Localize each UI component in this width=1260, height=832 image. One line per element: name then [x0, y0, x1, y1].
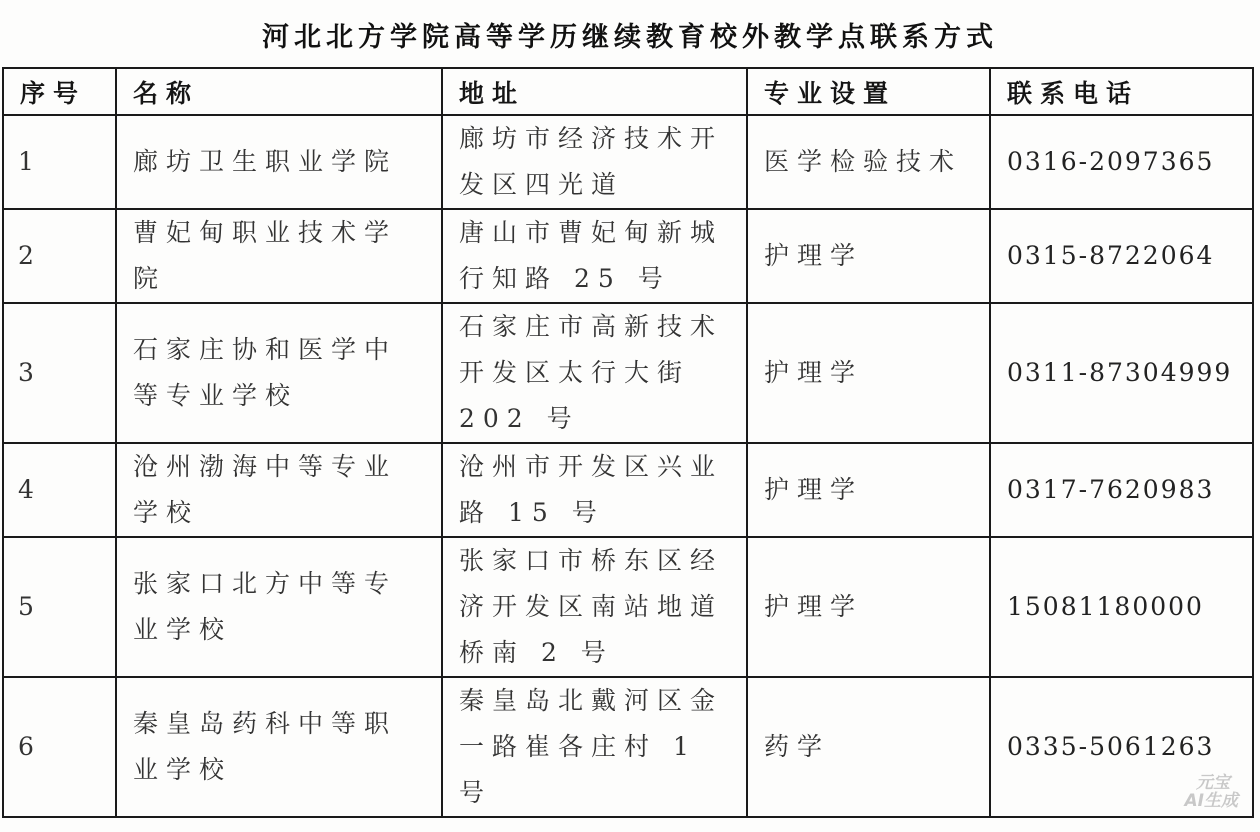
- cell-address: 沧州市开发区兴业路 15 号: [442, 443, 747, 537]
- cell-major: 医学检验技术: [747, 115, 990, 209]
- header-phone: 联系电话: [990, 68, 1253, 115]
- cell-name: 秦皇岛药科中等职业学校: [116, 677, 442, 817]
- cell-no: 3: [3, 303, 116, 443]
- header-name: 名称: [116, 68, 442, 115]
- cell-no: 5: [3, 537, 116, 677]
- ai-generated-watermark: 元宝 AI生成: [1185, 774, 1238, 810]
- cell-major: 护理学: [747, 443, 990, 537]
- cell-name: 廊坊卫生职业学院: [116, 115, 442, 209]
- watermark-line1: 元宝: [1185, 774, 1238, 792]
- cell-name: 张家口北方中等专业学校: [116, 537, 442, 677]
- document-title: 河北北方学院高等学历继续教育校外教学点联系方式: [0, 18, 1260, 58]
- cell-phone: 0317-7620983: [990, 443, 1253, 537]
- cell-major: 护理学: [747, 209, 990, 303]
- cell-address: 石家庄市高新技术开发区太行大街 202 号: [442, 303, 747, 443]
- cell-address: 张家口市桥东区经济开发区南站地道桥南 2 号: [442, 537, 747, 677]
- cell-name: 曹妃甸职业技术学院: [116, 209, 442, 303]
- table-row: 6 秦皇岛药科中等职业学校 秦皇岛北戴河区金一路崔各庄村 1 号 药学 0335…: [3, 677, 1253, 817]
- cell-name: 沧州渤海中等专业学校: [116, 443, 442, 537]
- table-row: 2 曹妃甸职业技术学院 唐山市曹妃甸新城行知路 25 号 护理学 0315-87…: [3, 209, 1253, 303]
- cell-address: 廊坊市经济技术开发区四光道: [442, 115, 747, 209]
- cell-address: 唐山市曹妃甸新城行知路 25 号: [442, 209, 747, 303]
- cell-no: 4: [3, 443, 116, 537]
- cell-name: 石家庄协和医学中等专业学校: [116, 303, 442, 443]
- table-row: 5 张家口北方中等专业学校 张家口市桥东区经济开发区南站地道桥南 2 号 护理学…: [3, 537, 1253, 677]
- cell-major: 护理学: [747, 537, 990, 677]
- header-address: 地址: [442, 68, 747, 115]
- table-row: 1 廊坊卫生职业学院 廊坊市经济技术开发区四光道 医学检验技术 0316-209…: [3, 115, 1253, 209]
- cell-no: 6: [3, 677, 116, 817]
- table-header-row: 序号 名称 地址 专业设置 联系电话: [3, 68, 1253, 115]
- cell-phone: 0315-8722064: [990, 209, 1253, 303]
- header-major: 专业设置: [747, 68, 990, 115]
- watermark-line2: AI生成: [1185, 792, 1238, 810]
- cell-phone: 0316-2097365: [990, 115, 1253, 209]
- contacts-table: 序号 名称 地址 专业设置 联系电话 1 廊坊卫生职业学院 廊坊市经济技术开发区…: [2, 67, 1254, 818]
- table-row: 3 石家庄协和医学中等专业学校 石家庄市高新技术开发区太行大街 202 号 护理…: [3, 303, 1253, 443]
- cell-no: 1: [3, 115, 116, 209]
- table-row: 4 沧州渤海中等专业学校 沧州市开发区兴业路 15 号 护理学 0317-762…: [3, 443, 1253, 537]
- cell-address: 秦皇岛北戴河区金一路崔各庄村 1 号: [442, 677, 747, 817]
- cell-major: 药学: [747, 677, 990, 817]
- cell-phone: 15081180000: [990, 537, 1253, 677]
- header-no: 序号: [3, 68, 116, 115]
- cell-phone: 0311-87304999: [990, 303, 1253, 443]
- cell-major: 护理学: [747, 303, 990, 443]
- cell-no: 2: [3, 209, 116, 303]
